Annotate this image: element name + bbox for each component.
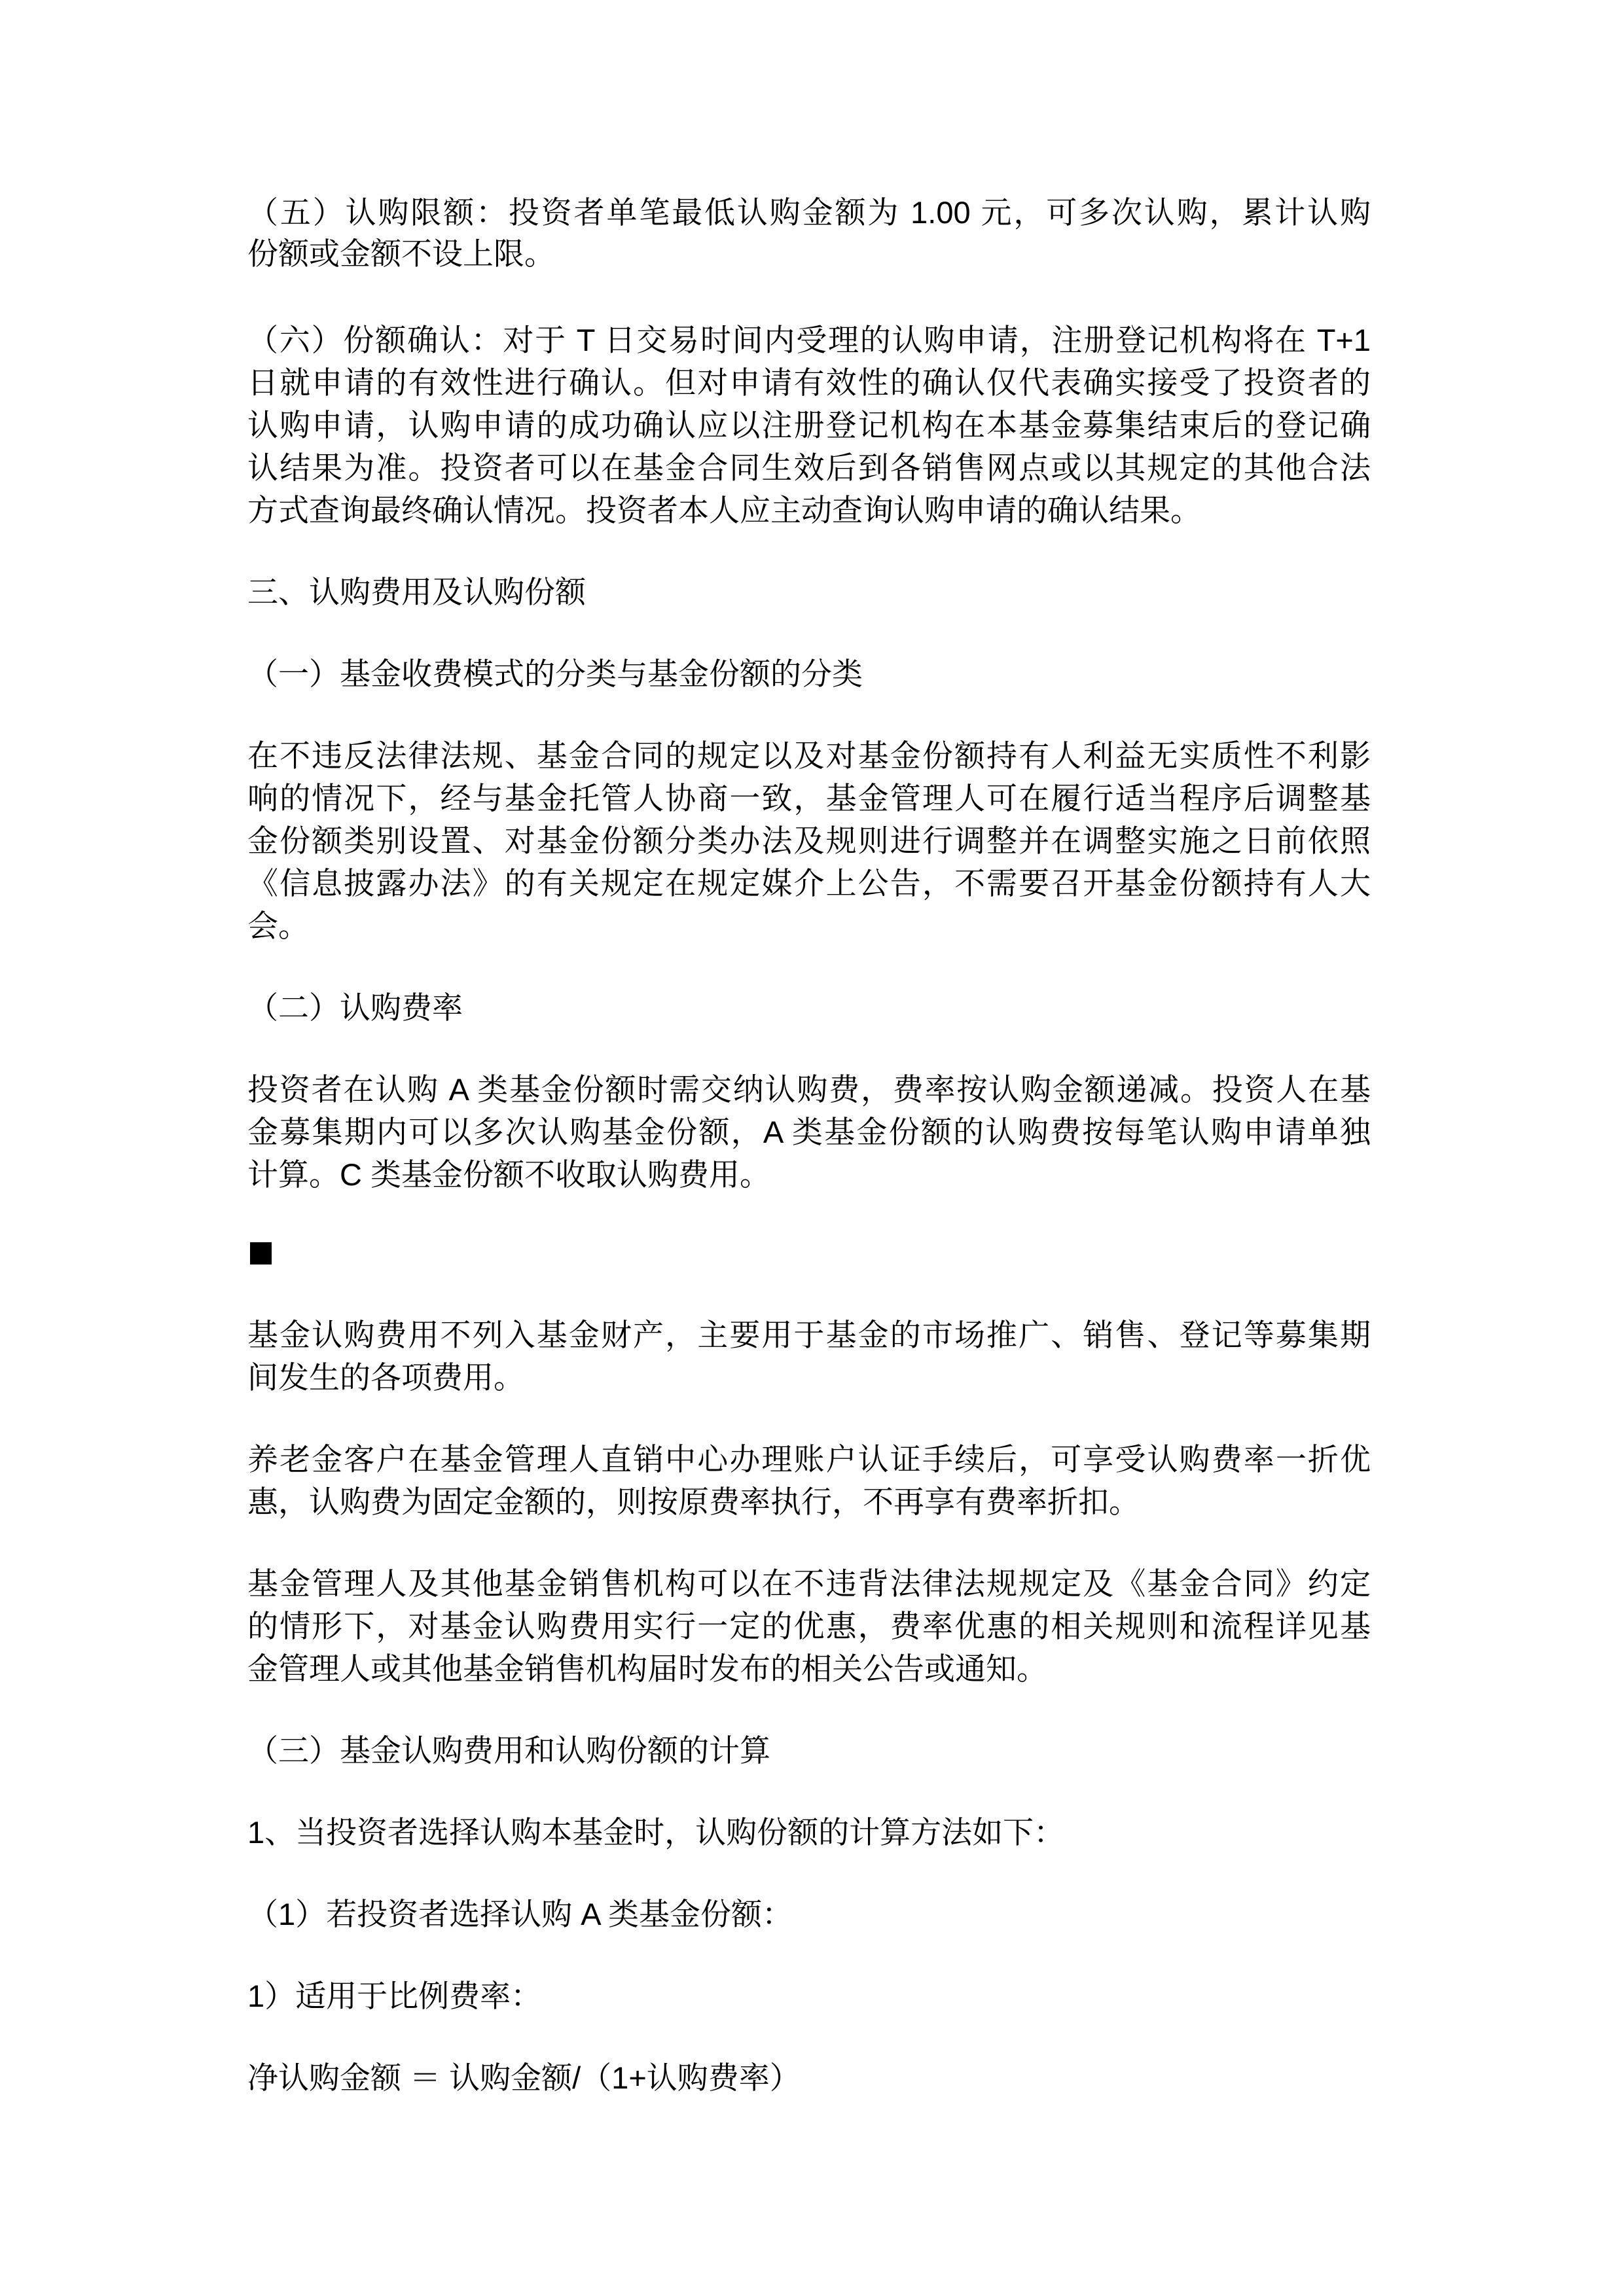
formula-line: 净认购金额 ＝ 认购金额/（1+认购费率） <box>247 2057 1371 2099</box>
paragraph-line: 方式查询最终确认情况。投资者本人应主动查询认购申请的确认结果。 <box>247 490 1371 531</box>
paragraph-line: 认购申请，认购申请的成功确认应以注册登记机构在本基金募集结束后的登记确 <box>247 404 1371 446</box>
subsection-heading: （一）基金收费模式的分类与基金份额的分类 <box>247 653 1371 695</box>
paragraph-line: 金管理人或其他基金销售机构届时发布的相关公告或通知。 <box>247 1648 1371 1690</box>
paragraph-line: 养老金客户在基金管理人直销中心办理账户认证手续后，可享受认购费率一折优 <box>247 1439 1371 1480</box>
paragraph-line: 会。 <box>247 905 1371 947</box>
paragraph-line: 基金管理人及其他基金销售机构可以在不违背法律法规规定及《基金合同》约定 <box>247 1563 1371 1605</box>
paragraph-line: 《信息披露办法》的有关规定在规定媒介上公告，不需要召开基金份额持有人大 <box>247 863 1371 905</box>
paragraph-line: 响的情况下，经与基金托管人协商一致，基金管理人可在履行适当程序后调整基 <box>247 778 1371 819</box>
paragraph-line: 份额或金额不设上限。 <box>247 233 1371 275</box>
paragraph-line: 日就申请的有效性进行确认。但对申请有效性的确认仅代表确实接受了投资者的 <box>247 362 1371 404</box>
paragraph-line: 认结果为准。投资者可以在基金合同生效后到各销售网点或以其规定的其他合法 <box>247 447 1371 489</box>
paragraph-line: 的情形下，对基金认购费用实行一定的优惠，费率优惠的相关规则和流程详见基 <box>247 1605 1371 1647</box>
paragraph-line: （六）份额确认：对于 T 日交易时间内受理的认购申请，注册登记机构将在 T+1 <box>247 319 1371 361</box>
paragraph-line: 投资者在认购 A 类基金份额时需交纳认购费，费率按认购金额递减。投资人在基 <box>247 1069 1371 1111</box>
subsection-heading: （三）基金认购费用和认购份额的计算 <box>247 1730 1371 1772</box>
paragraph-line: （五）认购限额：投资者单笔最低认购金额为 1.00 元，可多次认购，累计认购 <box>247 192 1371 234</box>
paragraph-line: 金份额类别设置、对基金份额分类办法及规则进行调整并在调整实施之日前依照 <box>247 820 1371 862</box>
paragraph-line: 基金认购费用不列入基金财产，主要用于基金的市场推广、销售、登记等募集期 <box>247 1314 1371 1356</box>
paragraph-line: 金募集期内可以多次认购基金份额，A 类基金份额的认购费按每笔认购申请单独 <box>247 1111 1371 1153</box>
paragraph-line: （1）若投资者选择认购 A 类基金份额： <box>247 1893 1371 1935</box>
black-square-icon <box>250 1242 272 1265</box>
paragraph-line: 1）适用于比例费率： <box>247 1975 1371 2017</box>
section-heading: 三、认购费用及认购份额 <box>247 571 1371 613</box>
paragraph-line: 惠，认购费为固定金额的，则按原费率执行，不再享有费率折扣。 <box>247 1481 1371 1523</box>
paragraph-line: 间发生的各项费用。 <box>247 1357 1371 1399</box>
document-page: （五）认购限额：投资者单笔最低认购金额为 1.00 元，可多次认购，累计认购 份… <box>0 0 1624 2296</box>
paragraph-line: 在不违反法律法规、基金合同的规定以及对基金份额持有人利益无实质性不利影 <box>247 735 1371 777</box>
paragraph-line: 1、当投资者选择认购本基金时，认购份额的计算方法如下： <box>247 1812 1371 1854</box>
paragraph-line: 计算。C 类基金份额不收取认购费用。 <box>247 1154 1371 1196</box>
subsection-heading: （二）认购费率 <box>247 987 1371 1029</box>
